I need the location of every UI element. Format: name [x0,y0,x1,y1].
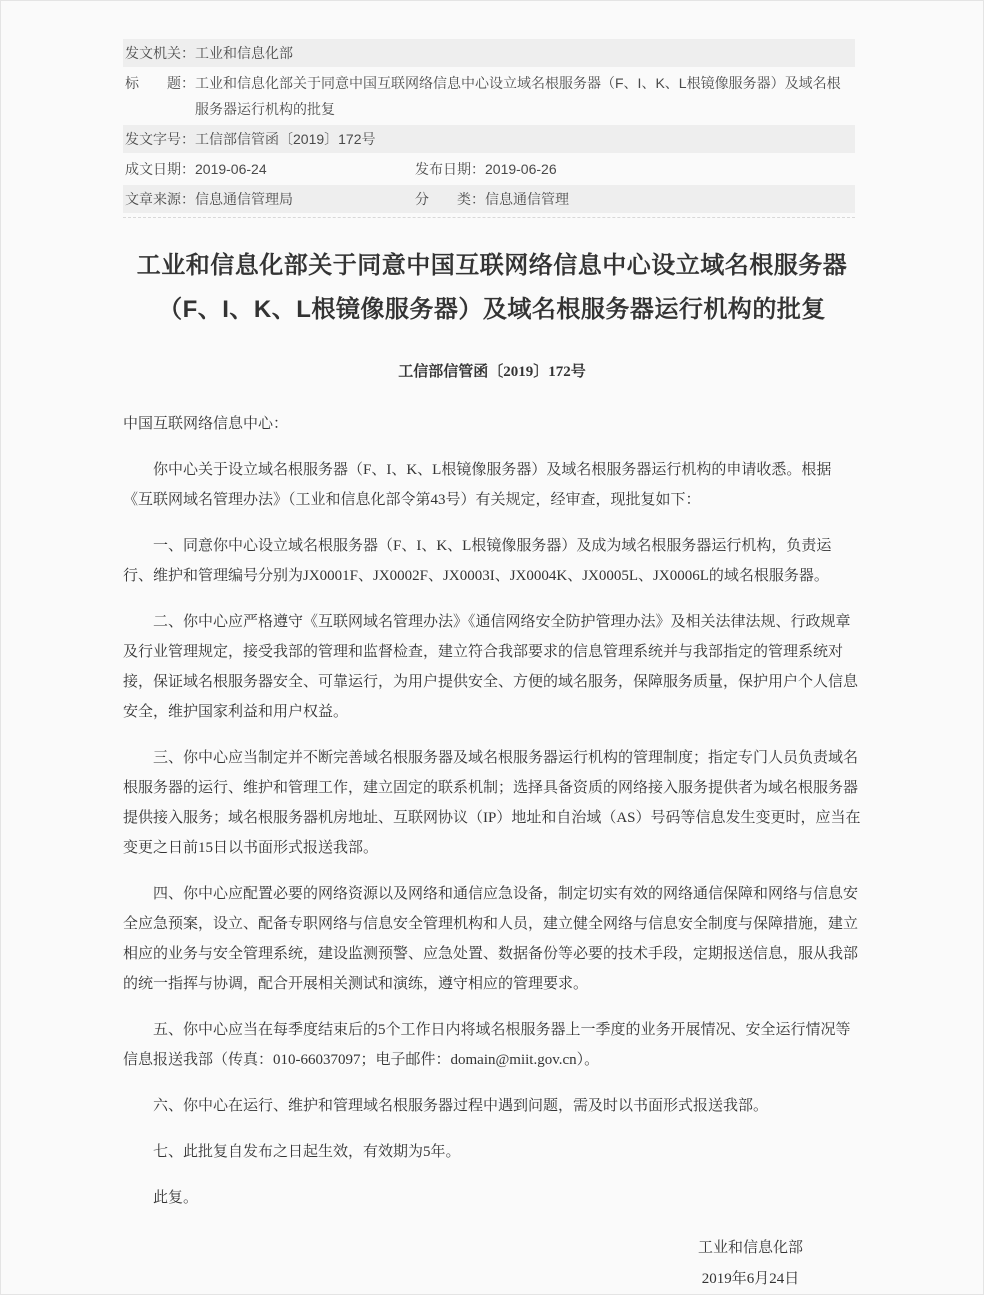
paragraph-item-1: 一、同意你中心设立域名根服务器（F、I、K、L根镜像服务器）及成为域名根服务器运… [123,531,861,591]
meta-label-category: 分 类： [415,186,485,212]
meta-label-source: 文章来源： [125,186,195,212]
signature-organization: 工业和信息化部 [698,1233,803,1264]
document-page: 发文机关： 工业和信息化部 标 题： 工业和信息化部关于同意中国互联网络信息中心… [0,0,984,1295]
meta-value-written-date: 2019-06-24 [195,156,415,182]
paragraph-item-3: 三、你中心应当制定并不断完善域名根服务器及域名根服务器运行机构的管理制度；指定专… [123,743,861,863]
document-body: 中国互联网络信息中心： 你中心关于设立域名根服务器（F、I、K、L根镜像服务器）… [123,409,861,1213]
document-title-line-1: 工业和信息化部关于同意中国互联网络信息中心设立域名根服务器 [123,244,861,288]
meta-label-publish-date: 发布日期： [415,156,485,182]
paragraph-item-5: 五、你中心应当在每季度结束后的5个工作日内将域名根服务器上一季度的业务开展情况、… [123,1015,861,1075]
signature-date: 2019年6月24日 [698,1264,803,1295]
meta-row-source-category: 文章来源： 信息通信管理局 分 类： 信息通信管理 [123,185,855,213]
meta-value-publish-date: 2019-06-26 [485,156,853,182]
paragraph-item-7: 七、此批复自发布之日起生效，有效期为5年。 [123,1137,861,1167]
document-reference-number: 工信部信管函〔2019〕172号 [123,360,861,381]
document-title-line-2: （F、I、K、L根镜像服务器）及域名根服务器运行机构的批复 [123,288,861,332]
meta-row-doc-number: 发文字号： 工信部信管函〔2019〕172号 [123,125,855,153]
paragraph-item-6: 六、你中心在运行、维护和管理域名根服务器过程中遇到问题，需及时以书面形式报送我部… [123,1091,861,1121]
meta-value-doc-number: 工信部信管函〔2019〕172号 [195,126,853,152]
meta-value-title: 工业和信息化部关于同意中国互联网络信息中心设立域名根服务器（F、I、K、L根镜像… [195,70,853,122]
meta-value-issuing-agency: 工业和信息化部 [195,40,853,66]
signature-block: 工业和信息化部 2019年6月24日 [123,1233,861,1295]
meta-label-title: 标 题： [125,70,195,122]
document-content: 发文机关： 工业和信息化部 标 题： 工业和信息化部关于同意中国互联网络信息中心… [123,1,861,1295]
metadata-table: 发文机关： 工业和信息化部 标 题： 工业和信息化部关于同意中国互联网络信息中心… [123,39,855,218]
closing-phrase: 此复。 [123,1183,861,1213]
meta-row-dates: 成文日期： 2019-06-24 发布日期： 2019-06-26 [123,155,855,183]
salutation: 中国互联网络信息中心： [123,409,861,439]
meta-label-doc-number: 发文字号： [125,126,195,152]
meta-label-written-date: 成文日期： [125,156,195,182]
paragraph-item-2: 二、你中心应严格遵守《互联网域名管理办法》《通信网络安全防护管理办法》及相关法律… [123,607,861,727]
paragraph-intro: 你中心关于设立域名根服务器（F、I、K、L根镜像服务器）及域名根服务器运行机构的… [123,455,861,515]
meta-row-issuing-agency: 发文机关： 工业和信息化部 [123,39,855,67]
meta-label-issuing-agency: 发文机关： [125,40,195,66]
meta-row-title: 标 题： 工业和信息化部关于同意中国互联网络信息中心设立域名根服务器（F、I、K… [123,69,855,123]
document-title: 工业和信息化部关于同意中国互联网络信息中心设立域名根服务器 （F、I、K、L根镜… [123,244,861,332]
meta-value-category: 信息通信管理 [485,186,853,212]
meta-value-source: 信息通信管理局 [195,186,415,212]
paragraph-item-4: 四、你中心应配置必要的网络资源以及网络和通信应急设备，制定切实有效的网络通信保障… [123,879,861,999]
